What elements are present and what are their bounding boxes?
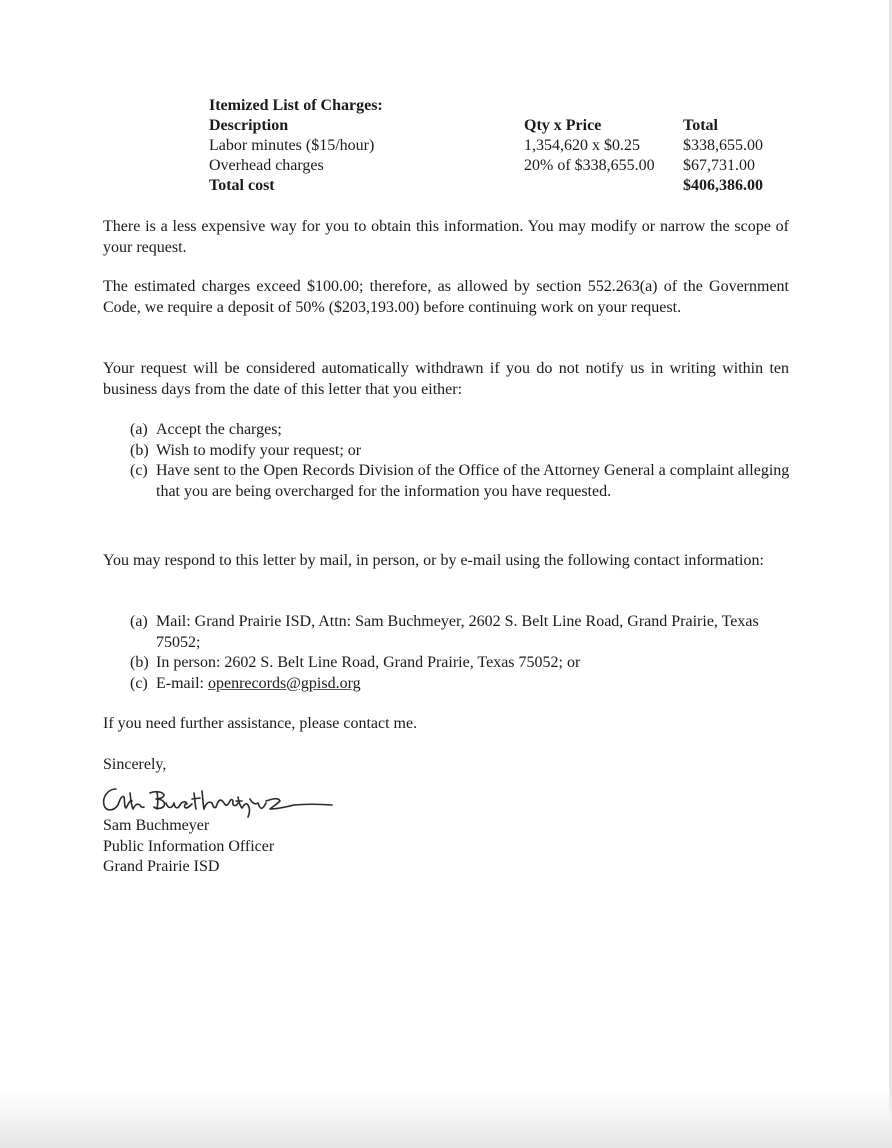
list-item: (a) Mail: Grand Prairie ISD, Attn: Sam B…	[130, 612, 790, 653]
list-marker: (b)	[130, 653, 156, 674]
contact-email: E-mail: openrecords@gpisd.org	[156, 674, 790, 695]
row-description: Overhead charges	[209, 156, 524, 176]
header-total: Total	[683, 116, 789, 136]
list-item: (c) Have sent to the Open Records Divisi…	[130, 461, 790, 502]
email-label: E-mail:	[156, 675, 208, 692]
list-item: (c) E-mail: openrecords@gpisd.org	[130, 674, 790, 695]
total-cost-row: Total cost $406,386.00	[209, 176, 789, 196]
charges-header-row: Description Qty x Price Total	[209, 116, 789, 136]
list-marker: (c)	[130, 461, 156, 502]
itemized-charges-table: Itemized List of Charges: Description Qt…	[209, 96, 789, 196]
list-item-text: Have sent to the Open Records Division o…	[156, 461, 790, 502]
paragraph-respond: You may respond to this letter by mail, …	[103, 551, 789, 572]
list-marker: (b)	[130, 441, 156, 462]
list-item: (a) Accept the charges;	[130, 420, 790, 441]
row-total: $67,731.00	[683, 156, 789, 176]
list-marker: (a)	[130, 420, 156, 441]
paragraph-deposit: The estimated charges exceed $100.00; th…	[103, 277, 789, 318]
table-row: Overhead charges 20% of $338,655.00 $67,…	[209, 156, 789, 176]
contact-list: (a) Mail: Grand Prairie ISD, Attn: Sam B…	[130, 612, 790, 694]
page-bottom-shadow	[0, 1088, 892, 1148]
row-qty-price: 20% of $338,655.00	[524, 156, 683, 176]
email-link[interactable]: openrecords@gpisd.org	[208, 675, 361, 692]
closing-text: Sincerely,	[103, 755, 789, 776]
signer-organization: Grand Prairie ISD	[103, 857, 274, 878]
list-marker: (a)	[130, 612, 156, 653]
options-list: (a) Accept the charges; (b) Wish to modi…	[130, 420, 790, 502]
list-marker: (c)	[130, 674, 156, 695]
row-description: Labor minutes ($15/hour)	[209, 136, 524, 156]
list-item: (b) In person: 2602 S. Belt Line Road, G…	[130, 653, 790, 674]
total-cost-value: $406,386.00	[683, 176, 789, 196]
paragraph-less-expensive: There is a less expensive way for you to…	[103, 217, 789, 258]
letter-page: Itemized List of Charges: Description Qt…	[0, 0, 889, 1148]
contact-mail: Mail: Grand Prairie ISD, Attn: Sam Buchm…	[156, 612, 790, 653]
total-cost-label: Total cost	[209, 176, 524, 196]
contact-in-person: In person: 2602 S. Belt Line Road, Grand…	[156, 653, 790, 674]
row-qty-price: 1,354,620 x $0.25	[524, 136, 683, 156]
signer-title: Public Information Officer	[103, 837, 274, 858]
list-item: (b) Wish to modify your request; or	[130, 441, 790, 462]
signer-name: Sam Buchmeyer	[103, 816, 274, 837]
list-item-text: Wish to modify your request; or	[156, 441, 790, 462]
row-total: $338,655.00	[683, 136, 789, 156]
header-description: Description	[209, 116, 524, 136]
charges-title: Itemized List of Charges:	[209, 96, 789, 116]
signer-block: Sam Buchmeyer Public Information Officer…	[103, 816, 274, 878]
header-qty-price: Qty x Price	[524, 116, 683, 136]
paragraph-withdrawn: Your request will be considered automati…	[103, 359, 789, 400]
list-item-text: Accept the charges;	[156, 420, 790, 441]
table-row: Labor minutes ($15/hour) 1,354,620 x $0.…	[209, 136, 789, 156]
paragraph-assistance: If you need further assistance, please c…	[103, 714, 789, 735]
